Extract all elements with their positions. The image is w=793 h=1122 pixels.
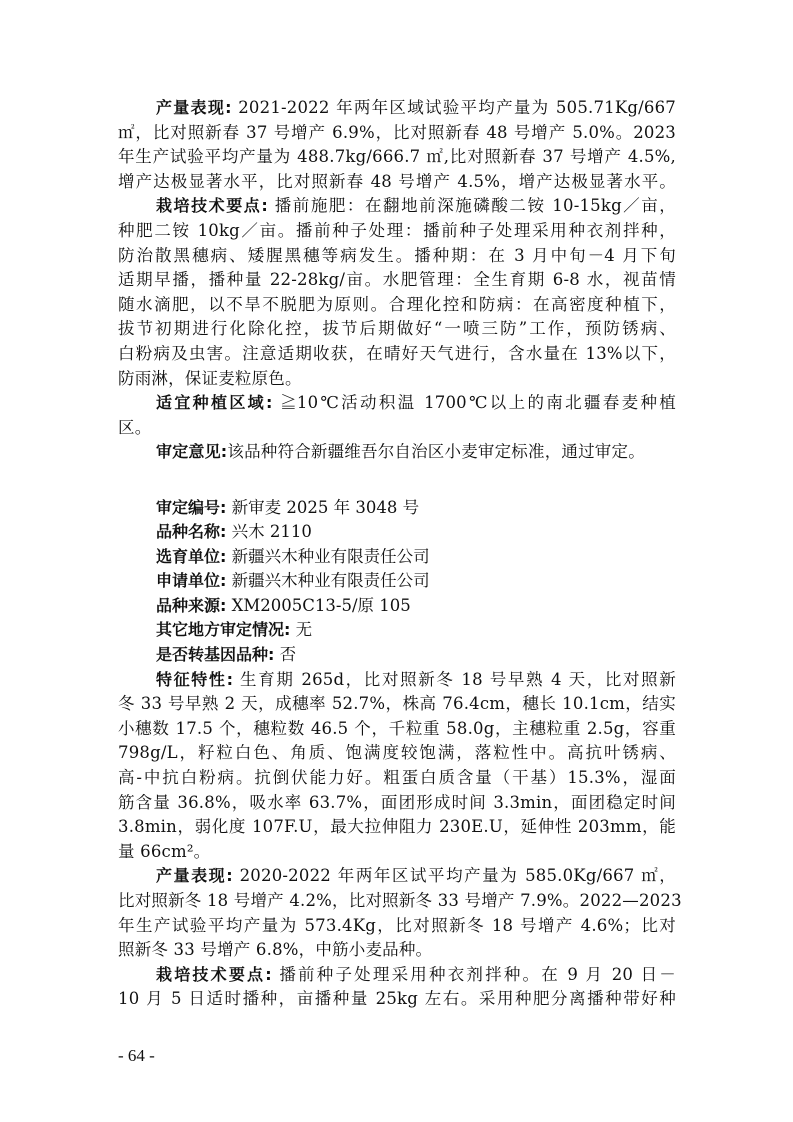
text-line: 种肥二铵 10kg／亩。播前种子处理：播前种子处理采用种衣剂拌种，	[118, 219, 676, 244]
text-line: 随水滴肥，以不旱不脱肥为原则。合理化控和防病：在高密度种植下，	[118, 293, 676, 318]
text-line: 比对照新冬 18 号增产 4.2%，比对照新冬 33 号增产 7.9%。2022…	[118, 889, 676, 914]
field-source: 品种来源: XM2005C13-5/原 105	[118, 594, 676, 619]
paragraph-yield-2: 产量表现: 2020-2022 年两年区试平均产量为 585.0Kg/667 ㎡…	[118, 864, 676, 889]
label-yield: 产量表现:	[156, 98, 232, 117]
paragraph-cultivation-1: 栽培技术要点: 播前施肥：在翻地前深施磷酸二铵 10-15kg／亩，	[118, 194, 676, 219]
label-opinion: 审定意见:	[156, 442, 227, 461]
text-line: 10 月 5 日适时播种，亩播种量 25kg 左右。采用种肥分离播种带好种	[118, 987, 676, 1012]
spacer	[118, 465, 676, 490]
page-number: - 64 -	[118, 1046, 155, 1066]
document-page: 产量表现: 2021-2022 年两年区域试验平均产量为 505.71Kg/66…	[118, 96, 676, 1012]
text-line: 照新冬 33 号增产 6.8%，中筋小麦品种。	[118, 938, 676, 963]
paragraph-cultivation-2: 栽培技术要点: 播前种子处理采用种衣剂拌种。在 9 月 20 日－	[118, 963, 676, 988]
field-breeder: 选育单位: 新疆兴木种业有限责任公司	[118, 545, 676, 570]
text-line: 增产达极显著水平，比对照新春 48 号增产 4.5%，增产达极显著水平。	[118, 170, 676, 195]
label-cultivation: 栽培技术要点:	[156, 965, 272, 984]
field-other-approvals: 其它地方审定情况: 无	[118, 618, 676, 643]
label-region: 适宜种植区域:	[156, 393, 273, 412]
field-variety-name: 品种名称: 兴木 2110	[118, 520, 676, 545]
label-yield: 产量表现:	[156, 866, 233, 885]
paragraph-yield-1: 产量表现: 2021-2022 年两年区域试验平均产量为 505.71Kg/66…	[118, 96, 676, 121]
text-line: 量 66cm²。	[118, 840, 676, 865]
text-line: 冬 33 号早熟 2 天，成穗率 52.7%，株高 76.4cm，穗长 10.1…	[118, 692, 676, 717]
label-cultivation: 栽培技术要点:	[156, 196, 268, 215]
text-line: 白粉病及虫害。注意适期收获，在晴好天气进行，含水量在 13%以下，	[118, 342, 676, 367]
paragraph-traits: 特征特性: 生育期 265d，比对照新冬 18 号早熟 4 天，比对照新	[118, 668, 676, 693]
text-line: 适期早播，播种量 22-28kg/亩。水肥管理：全生育期 6-8 水，视苗情	[118, 268, 676, 293]
paragraph-region: 适宜种植区域: ≧10℃活动积温 1700℃以上的南北疆春麦种植	[118, 391, 676, 416]
text-line: 拔节初期进行化除化控，拔节后期做好“一喷三防”工作，预防锈病、	[118, 317, 676, 342]
paragraph-opinion: 审定意见:该品种符合新疆维吾尔自治区小麦审定标准，通过审定。	[118, 440, 676, 465]
text-line: 区。	[118, 416, 676, 441]
field-gmo: 是否转基因品种: 否	[118, 643, 676, 668]
text-line: 年生产试验平均产量为 573.4Kg，比对照新冬 18 号增产 4.6%；比对	[118, 914, 676, 939]
field-approval-number: 审定编号: 新审麦 2025 年 3048 号	[118, 496, 676, 521]
text-line: 798g/L，籽粒白色、角质、饱满度较饱满，落粒性中。高抗叶锈病、	[118, 741, 676, 766]
text-line: 防雨淋，保证麦粒原色。	[118, 367, 676, 392]
text-line: 防治散黑穗病、矮腥黑穗等病发生。播种期：在 3 月中旬－4 月下旬	[118, 244, 676, 269]
text-line: ㎡，比对照新春 37 号增产 6.9%，比对照新春 48 号增产 5.0%。20…	[118, 121, 676, 146]
text-line: 筋含量 36.8%，吸水率 63.7%，面团形成时间 3.3min，面团稳定时间	[118, 791, 676, 816]
text-line: 年生产试验平均产量为 488.7kg/666.7 ㎡,比对照新春 37 号增产 …	[118, 145, 676, 170]
text-line: 小穗数 17.5 个，穗粒数 46.5 个，千粒重 58.0g，主穗粒重 2.5…	[118, 717, 676, 742]
label-traits: 特征特性:	[156, 670, 233, 689]
field-applicant: 申请单位: 新疆兴木种业有限责任公司	[118, 569, 676, 594]
text-line: 高-中抗白粉病。抗倒伏能力好。粗蛋白质含量（干基）15.3%，湿面	[118, 766, 676, 791]
text-line: 3.8min，弱化度 107F.U，最大拉伸阻力 230E.U，延伸性 203m…	[118, 815, 676, 840]
